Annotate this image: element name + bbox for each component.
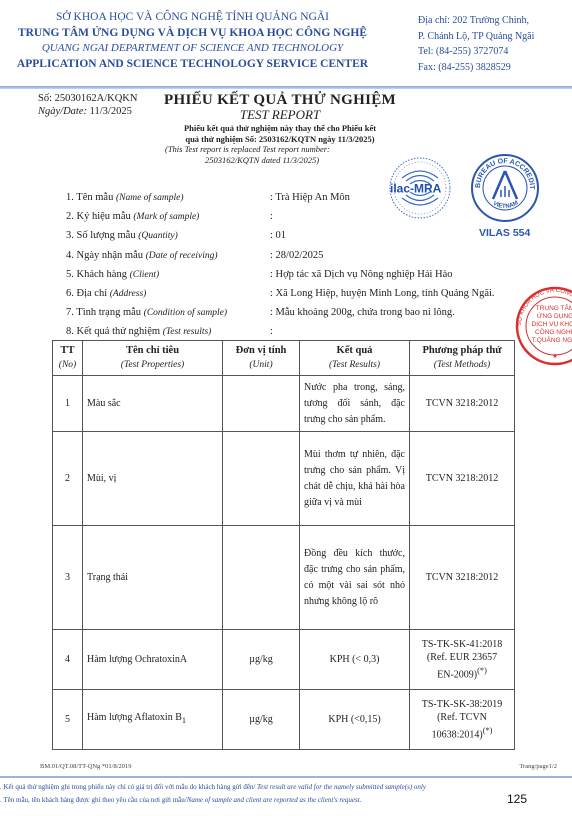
form-code: BM.01/QT.08/TT-QNg *01/8/2019 [40, 763, 132, 770]
info-row-results: 8. Kết quả thử nghiệm (Test results): [66, 322, 495, 341]
address-line-1: Địa chỉ: 202 Trường Chinh, [418, 13, 534, 29]
table-row: 1 Màu sắc Nước pha trong, sáng, tương đố… [53, 376, 515, 432]
svg-text:BUREAU OF ACCREDITATION: BUREAU OF ACCREDITATION [470, 153, 535, 190]
table-row: 4 Hàm lượng OchratoxinA µg/kg KPH (< 0,3… [53, 630, 515, 690]
svg-text:DỊCH VỤ KHOA: DỊCH VỤ KHOA [532, 321, 572, 328]
footer-notes: . Kết quả thử nghiệm ghi trong phiếu này… [0, 781, 426, 806]
col-unit: Đơn vị tính(Unit) [223, 341, 300, 376]
document-number-block: Số: 25030162A/KQKN Ngày/Date: 11/3/2025 [38, 92, 137, 118]
receive-date-value: : 28/02/2025 [270, 250, 323, 261]
organization-header: SỞ KHOA HỌC VÀ CÔNG NGHỆ TỈNH QUẢNG NGÃI… [0, 10, 385, 72]
info-row-address: 6. Địa chỉ (Address): Xã Long Hiệp, huyệ… [66, 284, 495, 303]
col-property: Tên chỉ tiêu(Test Properties) [83, 341, 223, 376]
condition-value: : Mẫu khoảng 200g, chứa trong bao ni lôn… [270, 307, 455, 318]
red-seal-stamp-icon: SỞ KHOA HỌC VÀ CÔNG NGHỆ TRUNG TÂM ỨNG D… [513, 276, 572, 376]
contact-block: Địa chỉ: 202 Trường Chinh, P. Chánh Lộ, … [418, 13, 534, 75]
sample-info-list: 1. Tên mẫu (Name of sample): Trà Hiệp An… [66, 188, 495, 342]
page-indicator: Trang/page1/2 [519, 763, 557, 770]
org-department-vi: SỞ KHOA HỌC VÀ CÔNG NGHỆ TỈNH QUẢNG NGÃI [0, 10, 385, 26]
info-row-date: 4. Ngày nhận mẫu (Date of receiving): 28… [66, 246, 495, 265]
info-row-condition: 7. Tình trạng mẫu (Condition of sample):… [66, 303, 495, 322]
info-row-mark: 2. Ký hiệu mẫu (Mark of sample): [66, 207, 495, 226]
org-department-en: QUANG NGAI DEPARTMENT OF SCIENCE AND TEC… [0, 41, 385, 57]
info-row-name: 1. Tên mẫu (Name of sample): Trà Hiệp An… [66, 188, 495, 207]
test-results-table: TT(No) Tên chỉ tiêu(Test Properties) Đơn… [52, 340, 515, 750]
svg-text:CÔNG NGHỆ: CÔNG NGHỆ [535, 327, 572, 336]
results-value: : [270, 326, 273, 337]
date-label: Ngày/Date: [38, 106, 87, 117]
org-center-en: APPLICATION AND SCIENCE TECHNOLOGY SERVI… [0, 57, 385, 73]
svg-text:ỨNG DỤNG: ỨNG DỤNG [537, 311, 572, 320]
sample-mark-value: : [270, 211, 273, 222]
quantity-value: : 01 [270, 230, 286, 241]
note-2: . Tên mẫu, tên khách hàng được ghi theo … [0, 794, 426, 807]
replace-note-vi: Phiếu kết quả thử nghiệm này thay thế ch… [150, 123, 410, 144]
fax: Fax: (84-255) 3828529 [418, 60, 534, 76]
note-1: . Kết quả thử nghiệm ghi trong phiếu này… [0, 781, 426, 794]
info-row-quantity: 3. Số lượng mẫu (Quantity): 01 [66, 226, 495, 245]
col-no: TT(No) [53, 341, 83, 376]
svg-text:TRUNG TÂM: TRUNG TÂM [536, 303, 572, 312]
header-divider [0, 86, 572, 89]
col-result: Kết quả(Test Results) [300, 341, 410, 376]
table-header-row: TT(No) Tên chỉ tiêu(Test Properties) Đơn… [53, 341, 515, 376]
svg-text:★: ★ [552, 352, 558, 360]
document-date: 11/3/2025 [90, 106, 132, 117]
svg-text:T.QUẢNG NGÃI: T.QUẢNG NGÃI [532, 335, 572, 344]
replace-note-en: (This Test report is replaced Test repor… [150, 144, 410, 165]
title-en: TEST REPORT [150, 107, 410, 123]
sample-name-value: : Trà Hiệp An Môn [270, 192, 350, 203]
table-row: 2 Mùi, vị Mùi thơm tự nhiên, đặc trưng c… [53, 432, 515, 526]
scan-page-number: 125 [507, 792, 527, 806]
report-title-block: PHIẾU KẾT QUẢ THỬ NGHIỆM TEST REPORT Phi… [150, 92, 410, 165]
table-row: 3 Trạng thái Đồng đều kích thước, đặc tr… [53, 526, 515, 630]
col-method: Phương pháp thử(Test Methods) [410, 341, 515, 376]
document-number: Số: 25030162A/KQKN [38, 92, 137, 105]
info-row-client: 5. Khách hàng (Client): Hợp tác xã Dịch … [66, 265, 495, 284]
org-center-vi: TRUNG TÂM ỨNG DỤNG VÀ DỊCH VỤ KHOA HỌC C… [0, 26, 385, 42]
table-row: 5 Hàm lượng Aflatoxin B1 µg/kg KPH (<0,1… [53, 690, 515, 750]
footer-divider [0, 776, 572, 778]
address-value: : Xã Long Hiệp, huyện Minh Long, tỉnh Qu… [270, 288, 495, 299]
address-line-2: P. Chánh Lộ, TP Quảng Ngãi [418, 29, 534, 45]
client-value: : Hợp tác xã Dịch vụ Nông nghiệp Hải Hào [270, 269, 453, 280]
tel: Tel: (84-255) 3727074 [418, 44, 534, 60]
